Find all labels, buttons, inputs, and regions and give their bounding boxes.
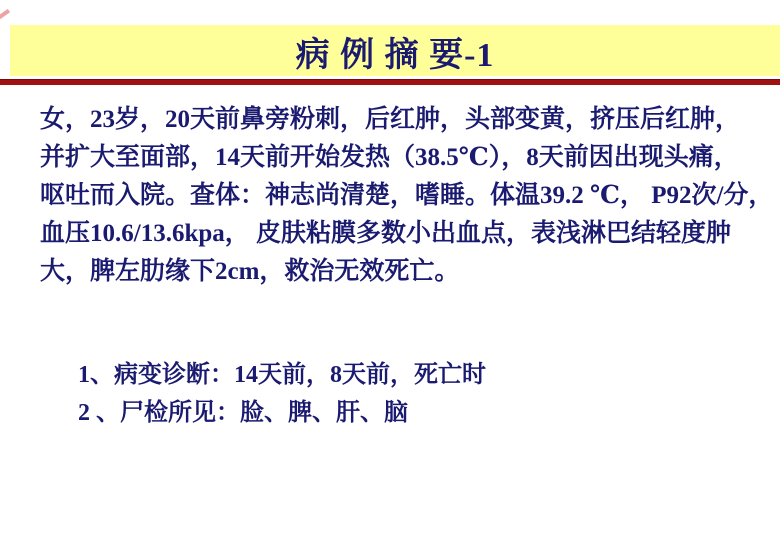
case-summary-paragraph: 女，23岁，20天前鼻旁粉刺，后红肿，头部变黄，挤压后红肿， 并扩大至面部，14… [40, 101, 773, 291]
paragraph-line: 呕吐而入院。查体：神志尚清楚，嗜睡。体温39.2 ℃， P92次/分， [40, 177, 773, 215]
list-item: 1、病变诊断：14天前，8天前，死亡时 [78, 356, 486, 394]
accent-dash [0, 9, 10, 19]
header-band: 病 例 摘 要-1 [10, 25, 780, 76]
paragraph-line: 大，脾左肋缘下2cm，救治无效死亡。 [40, 253, 773, 291]
paragraph-line: 并扩大至面部，14天前开始发热（38.5℃），8天前因出现头痛， [40, 139, 773, 177]
paragraph-line: 血压10.6/13.6kpa， 皮肤粘膜多数小出血点，表浅淋巴结轻度肿 [40, 215, 773, 253]
list-item: 2 、尸检所见：脸、脾、肝、脑 [78, 394, 486, 432]
findings-list: 1、病变诊断：14天前，8天前，死亡时 2 、尸检所见：脸、脾、肝、脑 [78, 356, 486, 432]
paragraph-line: 女，23岁，20天前鼻旁粉刺，后红肿，头部变黄，挤压后红肿， [40, 101, 773, 139]
title-underline [0, 79, 780, 85]
slide-title: 病 例 摘 要-1 [296, 25, 495, 76]
slide: 病 例 摘 要-1 女，23岁，20天前鼻旁粉刺，后红肿，头部变黄，挤压后红肿，… [0, 0, 780, 540]
